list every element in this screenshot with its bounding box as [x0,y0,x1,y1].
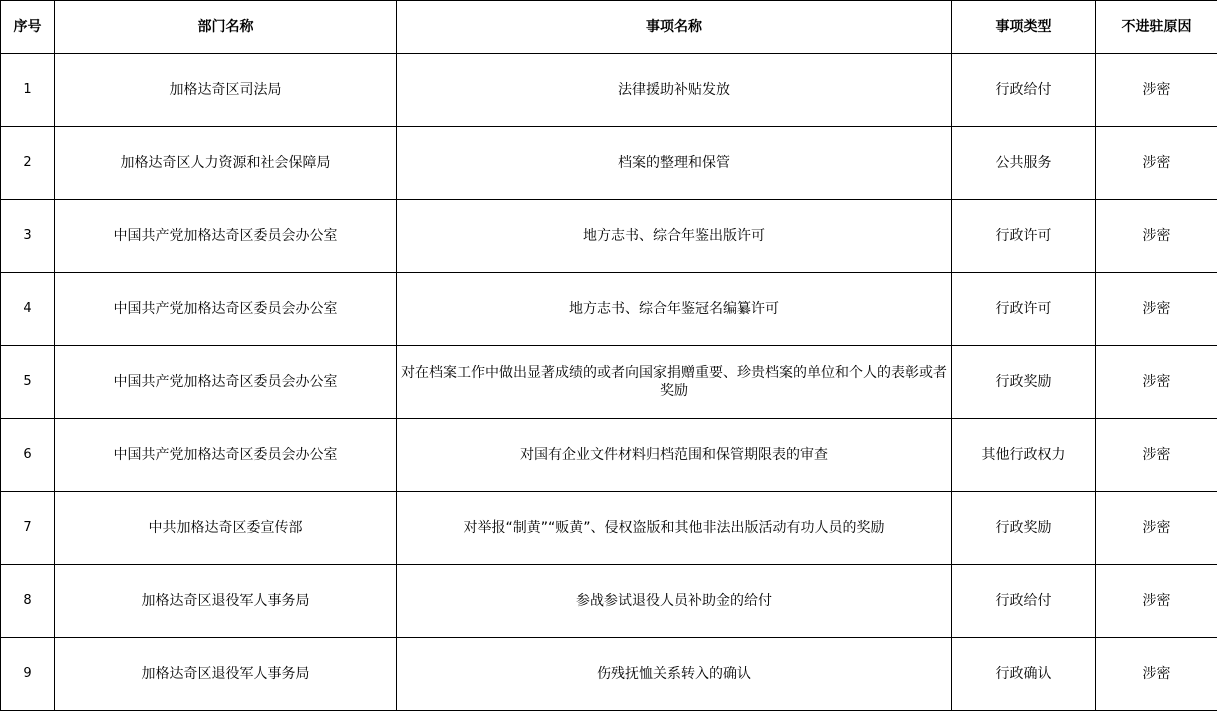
cell-item: 地方志书、综合年鉴出版许可 [397,200,952,273]
cell-dept: 中国共产党加格达奇区委员会办公室 [55,273,397,346]
cell-dept: 加格达奇区退役军人事务局 [55,565,397,638]
cell-type: 行政给付 [952,565,1096,638]
cell-no: 7 [1,492,55,565]
table-row: 7 中共加格达奇区委宣传部 对举报“制黄”“贩黄”、侵权盗版和其他非法出版活动有… [1,492,1217,565]
table-row: 9 加格达奇区退役军人事务局 伤残抚恤关系转入的确认 行政确认 涉密 [1,638,1217,711]
cell-dept: 中国共产党加格达奇区委员会办公室 [55,200,397,273]
cell-type: 行政奖励 [952,346,1096,419]
header-no: 序号 [1,1,55,54]
cell-dept: 加格达奇区人力资源和社会保障局 [55,127,397,200]
header-type: 事项类型 [952,1,1096,54]
cell-dept: 加格达奇区退役军人事务局 [55,638,397,711]
cell-type: 公共服务 [952,127,1096,200]
cell-type: 行政许可 [952,200,1096,273]
table-row: 1 加格达奇区司法局 法律援助补贴发放 行政给付 涉密 [1,54,1217,127]
cell-reason: 涉密 [1096,419,1217,492]
cell-item: 对举报“制黄”“贩黄”、侵权盗版和其他非法出版活动有功人员的奖励 [397,492,952,565]
cell-reason: 涉密 [1096,346,1217,419]
cell-type: 行政确认 [952,638,1096,711]
cell-no: 9 [1,638,55,711]
cell-item: 档案的整理和保管 [397,127,952,200]
cell-dept: 中共加格达奇区委宣传部 [55,492,397,565]
cell-reason: 涉密 [1096,127,1217,200]
cell-no: 5 [1,346,55,419]
table-row: 3 中国共产党加格达奇区委员会办公室 地方志书、综合年鉴出版许可 行政许可 涉密 [1,200,1217,273]
table-row: 5 中国共产党加格达奇区委员会办公室 对在档案工作中做出显著成绩的或者向国家捐赠… [1,346,1217,419]
cell-type: 行政奖励 [952,492,1096,565]
table-row: 8 加格达奇区退役军人事务局 参战参试退役人员补助金的给付 行政给付 涉密 [1,565,1217,638]
cell-reason: 涉密 [1096,565,1217,638]
cell-item: 地方志书、综合年鉴冠名编纂许可 [397,273,952,346]
cell-type: 行政给付 [952,54,1096,127]
header-item: 事项名称 [397,1,952,54]
table-row: 6 中国共产党加格达奇区委员会办公室 对国有企业文件材料归档范围和保管期限表的审… [1,419,1217,492]
cell-no: 4 [1,273,55,346]
cell-item: 对在档案工作中做出显著成绩的或者向国家捐赠重要、珍贵档案的单位和个人的表彰或者奖… [397,346,952,419]
header-reason: 不进驻原因 [1096,1,1217,54]
cell-no: 2 [1,127,55,200]
cell-no: 6 [1,419,55,492]
cell-type: 行政许可 [952,273,1096,346]
items-table: 序号 部门名称 事项名称 事项类型 不进驻原因 1 加格达奇区司法局 法律援助补… [0,0,1217,711]
cell-reason: 涉密 [1096,54,1217,127]
cell-no: 1 [1,54,55,127]
cell-dept: 加格达奇区司法局 [55,54,397,127]
cell-item: 法律援助补贴发放 [397,54,952,127]
header-row: 序号 部门名称 事项名称 事项类型 不进驻原因 [1,1,1217,54]
cell-reason: 涉密 [1096,273,1217,346]
cell-reason: 涉密 [1096,200,1217,273]
cell-dept: 中国共产党加格达奇区委员会办公室 [55,346,397,419]
table-row: 4 中国共产党加格达奇区委员会办公室 地方志书、综合年鉴冠名编纂许可 行政许可 … [1,273,1217,346]
cell-item: 对国有企业文件材料归档范围和保管期限表的审查 [397,419,952,492]
cell-item: 参战参试退役人员补助金的给付 [397,565,952,638]
cell-reason: 涉密 [1096,638,1217,711]
cell-no: 8 [1,565,55,638]
table-row: 2 加格达奇区人力资源和社会保障局 档案的整理和保管 公共服务 涉密 [1,127,1217,200]
cell-reason: 涉密 [1096,492,1217,565]
header-dept: 部门名称 [55,1,397,54]
cell-item: 伤残抚恤关系转入的确认 [397,638,952,711]
cell-dept: 中国共产党加格达奇区委员会办公室 [55,419,397,492]
cell-no: 3 [1,200,55,273]
cell-type: 其他行政权力 [952,419,1096,492]
